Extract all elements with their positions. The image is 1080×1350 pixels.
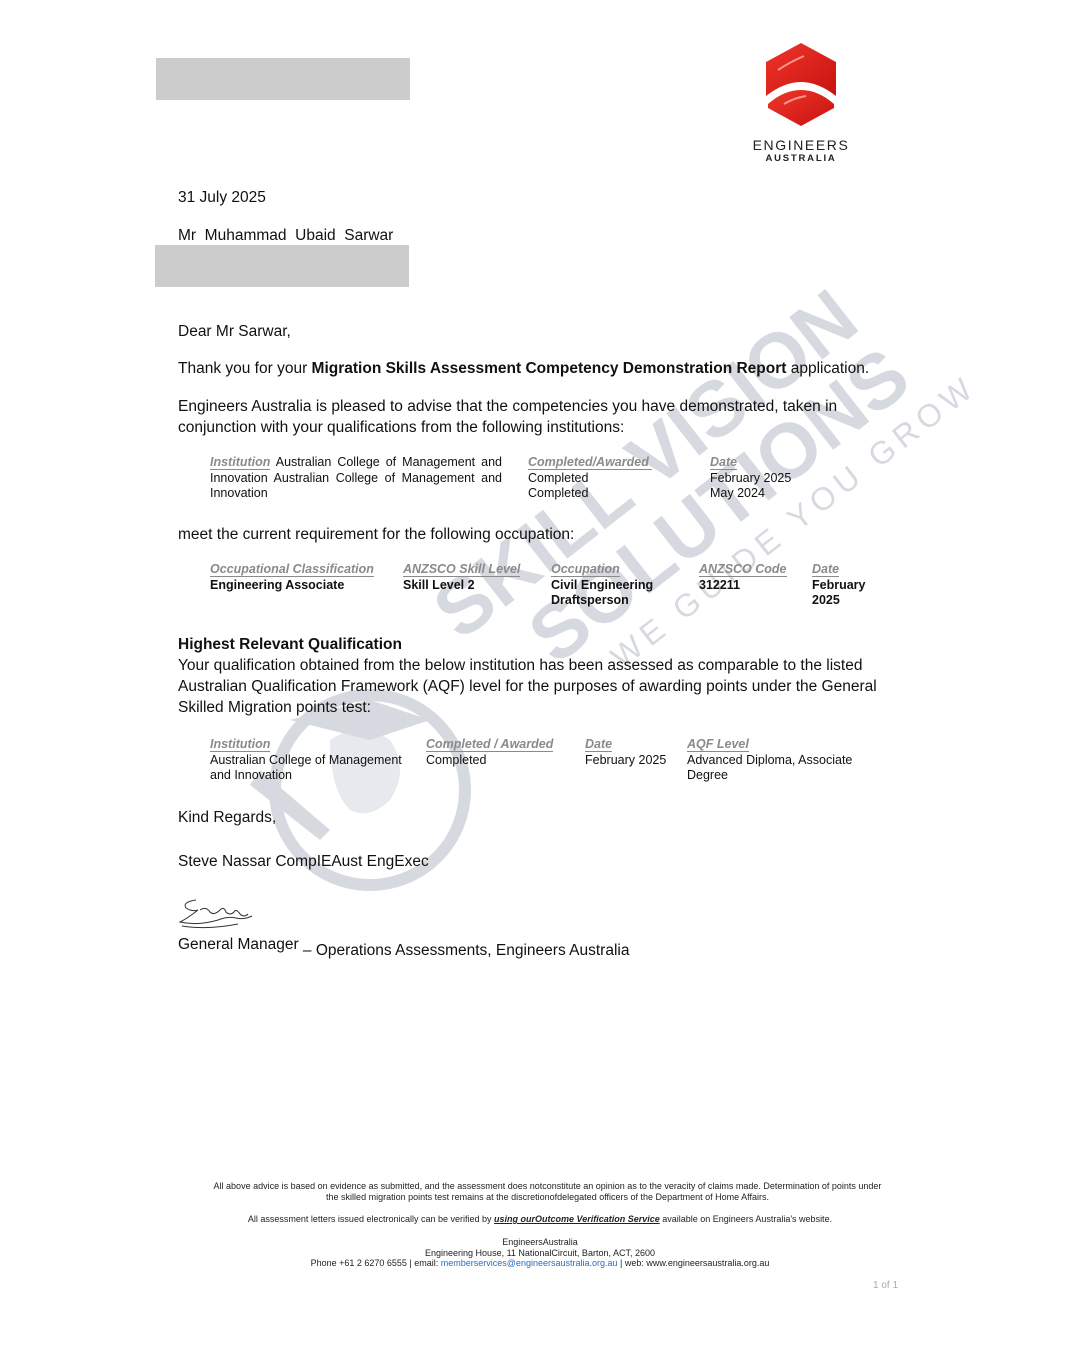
letter-date: 31 July 2025	[178, 187, 266, 208]
footer-contact-line: Phone +61 2 6270 6555 | email: memberser…	[140, 1258, 940, 1269]
competency-paragraph: Engineers Australia is pleased to advise…	[178, 396, 878, 438]
signature-icon	[178, 896, 258, 932]
salutation: Dear Mr Sarwar,	[178, 321, 291, 342]
institution-header: Institution	[210, 455, 270, 470]
outcome-verification-link[interactable]: using ourOutcome Verification Service	[494, 1214, 660, 1224]
logo-text-engineers: ENGINEERS	[748, 137, 854, 153]
email-link[interactable]: memberservices@engineersaustralia.org.au	[441, 1258, 618, 1268]
qual-col-institution: Institution Australian College of Manage…	[210, 737, 415, 784]
footer-disclaimer: All above advice is based on evidence as…	[140, 1181, 955, 1202]
completed-column: Completed/Awarded Completed Completed	[528, 455, 652, 502]
redacted-block-top	[156, 58, 410, 100]
page-indicator: 1 of 1	[873, 1280, 898, 1291]
recipient-name: Mr Muhammad Ubaid Sarwar	[178, 225, 393, 246]
date-column: Date February 2025 May 2024	[710, 455, 791, 502]
occ-col-classification: Occupational Classification Engineering …	[210, 562, 374, 593]
occ-col-occupation: Occupation Civil Engineering Draftsperso…	[551, 562, 671, 609]
closing: Kind Regards,	[178, 807, 276, 828]
footer-org-name: EngineersAustralia	[140, 1237, 940, 1248]
footer-verification: All assessment letters issued electronic…	[140, 1214, 940, 1225]
occ-col-date: Date February 2025	[812, 562, 876, 609]
signatory-title: General Manager – Operations Assessments…	[178, 934, 629, 955]
institution-column: Institution Australian College of Manage…	[210, 455, 502, 502]
footer-address: Engineering House, 11 NationalCircuit, B…	[140, 1248, 940, 1259]
qual-col-date: Date February 2025	[585, 737, 666, 768]
qual-col-aqf-level: AQF Level Advanced Diploma, Associate De…	[687, 737, 867, 784]
hrq-heading: Highest Relevant Qualification	[178, 634, 402, 655]
logo-text-australia: AUSTRALIA	[748, 153, 854, 164]
footer-contact: EngineersAustralia Engineering House, 11…	[140, 1237, 940, 1269]
hrq-paragraph: Your qualification obtained from the bel…	[178, 655, 908, 718]
intro-paragraph: Thank you for your Migration Skills Asse…	[178, 358, 869, 379]
engineers-australia-logo: ENGINEERS AUSTRALIA	[748, 40, 854, 165]
date-header: Date	[710, 455, 737, 470]
engineers-australia-hexagon-icon	[748, 40, 854, 130]
completed-header: Completed/Awarded	[528, 455, 652, 470]
qual-col-completed: Completed / Awarded Completed	[426, 737, 553, 768]
occupation-intro: meet the current requirement for the fol…	[178, 524, 574, 545]
signatory-name: Steve Nassar CompIEAust EngExec	[178, 851, 429, 872]
redacted-address-block	[155, 245, 409, 287]
occ-col-skill-level: ANZSCO Skill Level Skill Level 2	[403, 562, 520, 593]
occ-col-anzsco-code: ANZSCO Code 312211	[699, 562, 787, 593]
application-type: Migration Skills Assessment Competency D…	[312, 360, 787, 377]
